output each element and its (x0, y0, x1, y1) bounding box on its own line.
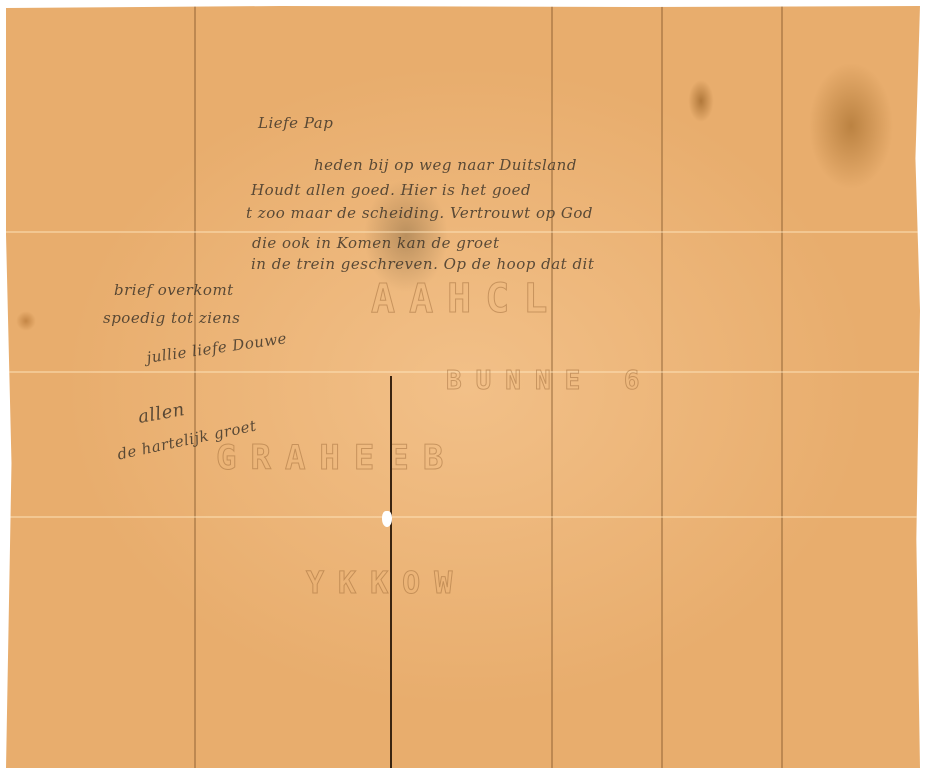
letter-line: die ook in Komen kan de groet (252, 234, 499, 252)
fold-line (661, 6, 663, 768)
fold-line (6, 231, 920, 233)
margin-line: spoedig tot ziens (103, 309, 240, 327)
fold-line (6, 516, 920, 518)
embossed-text: GRAHEEB (216, 438, 457, 478)
embossed-text: AAHCL (371, 276, 561, 322)
letter-line: in de trein geschreven. Op de hoop dat d… (251, 255, 594, 273)
paper-tear (390, 376, 392, 768)
margin-line: brief overkomt (114, 281, 234, 299)
letter-line: t zoo maar de scheiding. Vertrouwt op Go… (246, 204, 593, 222)
salutation: Liefe Pap (258, 114, 333, 132)
letter-line: Houdt allen goed. Hier is het goed (251, 181, 531, 199)
signature: jullie liefe Douwe (145, 329, 288, 367)
letter-paper: AAHCL BUNNE 6 GRAHEEB YKKOW Liefe Pap he… (6, 6, 920, 768)
fold-line (781, 6, 783, 768)
note-line: allen (137, 399, 187, 428)
letter-line: heden bij op weg naar Duitsland (314, 156, 577, 174)
fold-line (194, 6, 196, 768)
embossed-text: BUNNE 6 (446, 366, 654, 396)
embossed-text: YKKOW (306, 566, 466, 601)
paper-hole (382, 511, 392, 527)
